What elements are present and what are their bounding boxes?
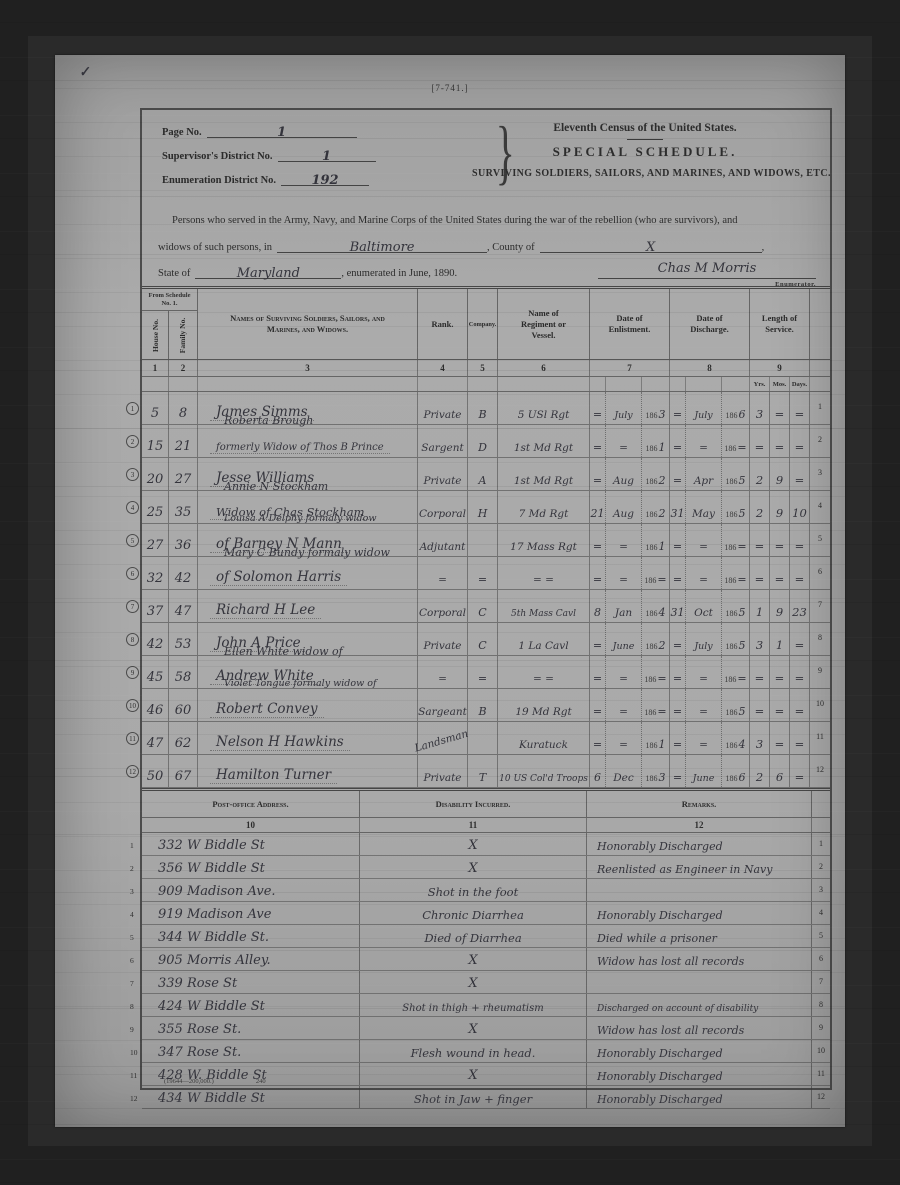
service-days-cell: = [790,425,810,457]
disability-cell: Shot in Jaw + finger [360,1086,587,1108]
service-days-cell: = [790,656,810,688]
preamble-line2-prefix: widows of such persons, in [158,242,272,253]
table-row: 73747Richard H LeeCorporalC5th Mass Cavl… [142,590,830,623]
service-years-cell-text: 1 [756,605,763,619]
discharge-year-written: 5 [739,606,746,619]
service-years-cell: 2 [750,458,770,490]
form: Page No. 1 Supervisor's District No. 1 E… [140,108,832,1090]
preamble-line2-suffix: , [762,242,765,253]
discharge-day: = [670,425,686,457]
discharge-day: = [670,656,686,688]
discharge-year-cell: 1866 [722,755,750,787]
page-no-blank: 1 [207,122,357,138]
census-title: Eleventh Census of the United States. [472,122,818,134]
discharge-day-text: = [673,441,682,454]
row-number-right: 12 [810,755,830,787]
discharge-year-cell: 186= [722,656,750,688]
col-num-8: 8 [670,360,750,376]
remarks-cell: Honorably Discharged [587,1040,812,1062]
house-no-cell: 37 [142,590,169,622]
service-days-cell: = [790,557,810,589]
enlistment-month: June [606,623,642,655]
service-days-cell-text: = [795,770,805,784]
company-cell: = [468,656,498,688]
service-years-cell: 3 [750,722,770,754]
company-cell: = [468,557,498,589]
discharge-day-text: = [673,771,682,784]
row-number-left: 3 [130,887,134,896]
enlistment-day: = [590,458,606,490]
family-no-cell-text: 58 [175,670,192,685]
enlistment-header: Date of Enlistment. [590,289,670,359]
discharge-day: = [670,623,686,655]
family-no-cell-text: 42 [175,571,192,586]
discharge-day: = [670,557,686,589]
row-number-left: 11 [130,1071,137,1080]
enlistment-day-text: = [593,672,602,685]
service-months-cell-text: 9 [776,506,783,520]
schedule-title: SPECIAL SCHEDULE. [472,144,818,160]
enlistment-month-text: = [619,673,628,685]
discharge-year-printed: 186 [726,411,738,420]
service-days-cell-text: = [795,473,805,487]
col-num-12: 12 [587,818,812,832]
discharge-month: Oct [686,590,722,622]
family-no-cell-text: 35 [175,505,192,520]
row-number-right: 11 [810,722,830,754]
discharge-day: = [670,524,686,556]
enlistment-year-printed: 186 [646,774,658,783]
house-no-cell: 5 [142,392,169,424]
house-no-cell-text: 47 [147,736,164,751]
discharge-year-written: = [737,441,746,454]
discharge-year-printed: 186 [726,708,738,717]
address-cell: 339 Rose St [142,971,360,993]
checkmark-annotation: ✓ [78,64,91,80]
company-cell-text: A [479,474,487,487]
family-no-cell: 21 [169,425,198,457]
supervisor-district-blank: 1 [278,146,376,162]
discharge-year-cell: 1866 [722,392,750,424]
table-row: 63242Mary C Bundy formaly widowof Solomo… [142,557,830,590]
row-number-right: 8 [812,994,830,1016]
rank-cell-text: = [438,574,447,586]
service-months-cell: 9 [770,491,790,523]
remarks-cell: Honorably Discharged [587,1063,812,1085]
name-cell: Nelson H Hawkins [198,722,418,754]
enumeration-district-blank: 192 [281,170,369,186]
company-cell-text: C [478,639,486,652]
discharge-year-written: 5 [739,507,746,520]
rank-cell: Private [418,392,468,424]
enlistment-month-text: June [613,641,635,652]
regiment-cell-text: = = [533,574,554,586]
band-empty [722,377,750,391]
company-cell: C [468,623,498,655]
enumeration-district-label: Enumeration District No. [162,175,276,186]
band-empty [606,377,642,391]
address-text: 424 W Biddle St [158,999,265,1014]
table-row: 114762Nelson H HawkinsLandsmanKuratuck==… [142,722,830,755]
service-subheader-row: Yrs. Mos. Days. [142,377,830,392]
row-number-right: 1 [810,392,830,424]
enlistment-day: = [590,524,606,556]
disability-text: X [468,838,477,853]
enlistment-year-cell: 1862 [642,491,670,523]
house-no-header-text: House No. [150,319,161,352]
row-number-right: 10 [812,1040,830,1062]
rank-cell-text: Sargeant [418,706,467,718]
disability-cell: X [360,833,587,855]
rank-cell-text: Corporal [419,508,466,520]
remarks-cell: Discharged on account of disability [587,994,812,1016]
enlistment-day: 8 [590,590,606,622]
row-number-right: 2 [812,856,830,878]
remarks-cell [587,879,812,901]
discharge-day-text: = [673,540,682,553]
state-blank: Maryland [195,263,341,279]
discharge-year-cell: 186= [722,557,750,589]
state-value: Maryland [237,266,300,281]
row-number-header [810,289,830,359]
house-no-cell: 42 [142,623,169,655]
service-yrs-label: Yrs. [750,377,770,391]
address-text: 355 Rose St. [158,1022,241,1037]
regiment-cell-text: = = [533,673,554,685]
row-number-left: 2 [130,864,134,873]
service-days-cell: = [790,524,810,556]
discharge-year-cell: 186= [722,425,750,457]
enlistment-month: Jan [606,590,642,622]
service-years-cell: 2 [750,491,770,523]
enlistment-year-printed: 186 [646,543,658,552]
band-empty [670,377,686,391]
table-row: 125067Hamilton TurnerPrivateT10 US Col'd… [142,755,830,788]
address-cell: 355 Rose St. [142,1017,360,1039]
col-num-2: 2 [169,360,198,376]
name-text: of Solomon Harris [210,569,347,586]
enlistment-day: = [590,623,606,655]
service-months-cell-text: 1 [776,638,783,652]
preamble-line2: widows of such persons, in Baltimore , C… [158,237,816,253]
company-cell: B [468,689,498,721]
band-empty [418,377,468,391]
discharge-day-text: = [673,408,682,421]
service-months-cell-text: = [775,704,785,718]
table-row: 12434 W Biddle StShot in Jaw + fingerHon… [142,1086,830,1109]
rank-cell: Private [418,755,468,787]
service-days-cell-text: = [795,671,805,685]
discharge-year-cell: 186= [722,524,750,556]
service-months-cell-text: = [775,539,785,553]
enlistment-month-text: Aug [613,475,634,487]
house-no-cell-text: 42 [147,637,164,652]
family-no-cell-text: 27 [175,472,192,487]
row-number-right: 3 [810,458,830,490]
family-no-header-text: Family No. [178,317,189,352]
regiment-cell: 19 Md Rgt [498,689,590,721]
family-no-cell-text: 8 [179,406,187,421]
regiment-cell: 1st Md Rgt [498,425,590,457]
discharge-month-text: May [692,508,715,520]
discharge-year-written: 4 [739,738,746,751]
name-top-text: Annie N Stockham [224,480,328,493]
col-num-4: 4 [418,360,468,376]
discharge-year-printed: 186 [726,642,738,651]
table-row: 5344 W Biddle St.Died of DiarrheaDied wh… [142,925,830,948]
company-cell: T [468,755,498,787]
family-no-cell: 42 [169,557,198,589]
discharge-year-written: 6 [739,408,746,421]
band-empty [590,377,606,391]
enlistment-day-text: 21 [591,507,605,520]
bottom-margin-header [812,791,830,817]
enlistment-year-written: 1 [659,441,666,454]
service-months-cell: = [770,524,790,556]
enumerator-signature-line: Chas M Morris Enumerator. [598,260,816,279]
row-number-right: 9 [810,656,830,688]
remarks-cell: Reenlisted as Engineer in Navy [587,856,812,878]
disability-text: X [468,1068,477,1083]
col-num-1: 1 [142,360,169,376]
service-days-cell-text: = [795,440,805,454]
service-days-cell-text: = [795,638,805,652]
schedule-subtitle: SURVIVING SOLDIERS, SAILORS, AND MARINES… [472,168,818,179]
enlistment-day: = [590,392,606,424]
rank-cell: = [418,656,468,688]
remarks-cell: Widow has lost all records [587,948,812,970]
row-number-left: 7 [130,979,134,988]
house-no-cell-text: 15 [147,439,164,454]
discharge-month: June [686,755,722,787]
discharge-month-text: July [694,641,712,652]
row-number-right: 12 [812,1086,830,1108]
main-table-header: From Schedule No. 1. House No. Family No… [142,289,830,360]
address-cell: 424 W Biddle St [142,994,360,1016]
family-no-cell-text: 47 [175,604,192,619]
names-header: Names of Surviving Soldiers, Sailors, an… [198,289,418,359]
band-empty [498,377,590,391]
enlistment-day-text: = [593,540,602,553]
company-cell [468,722,498,754]
company-header: Company. [468,289,498,359]
discharge-month-text: = [699,706,708,718]
enlistment-year-printed: 186 [646,477,658,486]
regiment-cell: 5th Mass Cavl [498,590,590,622]
disability-cell: Flesh wound in head. [360,1040,587,1062]
row-number-right: 7 [810,590,830,622]
rank-cell-text: = [438,673,447,685]
col-num-9: 9 [750,360,810,376]
service-years-cell-text: 2 [756,770,763,784]
page-no-line: Page No. 1 [162,122,357,138]
county-value: X [646,240,655,255]
row-number-circled: 9 [126,666,139,679]
discharge-day: 31 [670,491,686,523]
enlistment-year-written: = [657,573,666,586]
discharge-day: = [670,689,686,721]
disability-text: Chronic Diarrhea [422,908,524,922]
discharge-day-text: = [673,573,682,586]
row-number-circled: 5 [126,534,139,547]
col-num-11: 11 [360,818,587,832]
disability-cell: Shot in thigh + rheumatism [360,994,587,1016]
discharge-day-text: = [673,672,682,685]
address-text: 905 Morris Alley. [158,953,271,968]
company-cell-text: H [478,507,488,520]
remarks-text: Widow has lost all records [597,955,744,968]
company-cell-text: = [478,573,487,586]
name-text: Nelson H Hawkins [210,734,350,751]
address-text: 434 W Biddle St [158,1091,265,1106]
company-cell [468,524,498,556]
enumeration-district-line: Enumeration District No. 192 [162,170,369,186]
house-no-cell: 46 [142,689,169,721]
discharge-year-printed: 186 [726,774,738,783]
disability-text: X [468,861,477,876]
service-days-cell-text: = [795,539,805,553]
band-empty [169,377,198,391]
discharge-year-written: 5 [739,705,746,718]
name-cell: Mary C Bundy formaly widowof Solomon Har… [198,557,418,589]
enlistment-day-text: = [593,705,602,718]
regiment-cell-text: 7 Md Rgt [519,508,569,520]
rank-cell-text: Private [423,409,461,421]
company-cell: D [468,425,498,457]
enlistment-month: = [606,557,642,589]
enlistment-day: = [590,689,606,721]
discharge-month: = [686,689,722,721]
row-number-circled: 2 [126,435,139,448]
regiment-cell-text: 10 US Col'd Troops [499,774,588,784]
discharge-month-text: Apr [694,475,713,487]
name-top-text: Violet Tongue formaly widow of [224,678,376,689]
discharge-month: May [686,491,722,523]
bottom-num-margin [812,818,830,832]
enlistment-year-cell: 1862 [642,458,670,490]
rank-cell: Corporal [418,590,468,622]
enlistment-day-text: 6 [594,771,601,784]
page-no-label: Page No. [162,127,202,138]
regiment-cell-text: 5 USl Rgt [518,409,570,421]
enlistment-year-written: 2 [659,639,666,652]
discharge-year-cell: 1865 [722,590,750,622]
discharge-month-text: = [699,673,708,685]
service-months-cell-text: = [775,440,785,454]
band-margin [810,377,830,391]
row-number-circled: 12 [126,765,139,778]
supervisor-district-line: Supervisor's District No. 1 [162,146,376,162]
enlistment-day: 21 [590,491,606,523]
enlistment-month-text: Jan [615,607,632,619]
service-years-cell-text: 2 [756,506,763,520]
service-months-cell: = [770,392,790,424]
regiment-cell-text: Kuratuck [519,739,568,751]
schedule-strip-header: From Schedule No. 1. [142,289,198,311]
name-cell: Violet Tongue formaly widow ofRobert Con… [198,689,418,721]
table-row: 104660Violet Tongue formaly widow ofRobe… [142,689,830,722]
service-years-cell-text: = [755,440,765,454]
service-months-cell: = [770,425,790,457]
name-text: formerly Widow of Thos B Prince [210,442,390,454]
bottom-table: Post-office Address. Disability Incurred… [142,788,830,1109]
house-no-cell: 15 [142,425,169,457]
discharge-month: = [686,557,722,589]
regiment-cell: 7 Md Rgt [498,491,590,523]
family-no-cell: 62 [169,722,198,754]
enlistment-year-cell: 186= [642,689,670,721]
service-years-cell: 3 [750,392,770,424]
table-row: 21521Roberta Broughformerly Widow of Tho… [142,425,830,458]
row-number-circled: 10 [126,699,139,712]
address-cell: 434 W Biddle St [142,1086,360,1108]
company-cell-text: D [478,441,487,454]
rank-cell: Sargeant [418,689,468,721]
enlistment-month-text: = [619,706,628,718]
row-number-right: 5 [810,524,830,556]
enlistment-day-text: = [593,474,602,487]
service-days-cell: = [790,722,810,754]
rank-cell: Landsman [418,722,468,754]
family-no-cell: 36 [169,524,198,556]
enumerator-signature: Chas M Morris [658,261,757,276]
county-label: , County of [487,242,535,253]
remarks-cell: Died while a prisoner [587,925,812,947]
bottom-column-number-row: 10 11 12 [142,818,830,833]
print-code-text: (19644—200,000.) [164,1078,214,1085]
discharge-month-text: Oct [694,607,713,619]
remarks-text: Honorably Discharged [597,840,723,853]
discharge-day: = [670,392,686,424]
company-cell-text: B [478,408,486,421]
house-no-cell-text: 25 [147,505,164,520]
family-no-cell: 47 [169,590,198,622]
service-years-cell: = [750,557,770,589]
family-no-cell-text: 53 [175,637,192,652]
name-cell: Richard H Lee [198,590,418,622]
page-no-value: 1 [277,125,286,140]
discharge-year-printed: 186 [724,444,736,453]
discharge-year-written: = [737,540,746,553]
discharge-month-text: July [694,410,712,421]
enlistment-year-cell: 186= [642,656,670,688]
house-no-cell: 45 [142,656,169,688]
service-months-cell: = [770,722,790,754]
row-number-circled: 8 [126,633,139,646]
enlistment-year-printed: 186 [646,642,658,651]
regiment-cell-text: 1 La Cavl [518,640,568,652]
bottom-table-header: Post-office Address. Disability Incurred… [142,791,830,818]
discharge-month: = [686,722,722,754]
remarks-text: Honorably Discharged [597,1093,723,1106]
row-number-left: 5 [130,933,134,942]
discharge-month: = [686,425,722,457]
discharge-year-cell: 1865 [722,689,750,721]
company-cell: B [468,392,498,424]
discharge-year-printed: 186 [726,510,738,519]
service-years-cell-text: = [755,704,765,718]
house-no-cell: 50 [142,755,169,787]
regiment-cell: 17 Mass Rgt [498,524,590,556]
service-days-cell-text: 23 [792,605,807,619]
service-months-cell: 6 [770,755,790,787]
band-empty [198,377,418,391]
table-row: 8424 W Biddle StShot in thigh + rheumati… [142,994,830,1017]
discharge-month-text: June [693,773,715,784]
preamble-line1: Persons who served in the Army, Navy, an… [172,215,816,226]
name-text: Robert Convey [210,701,324,718]
company-cell-text: B [478,705,486,718]
